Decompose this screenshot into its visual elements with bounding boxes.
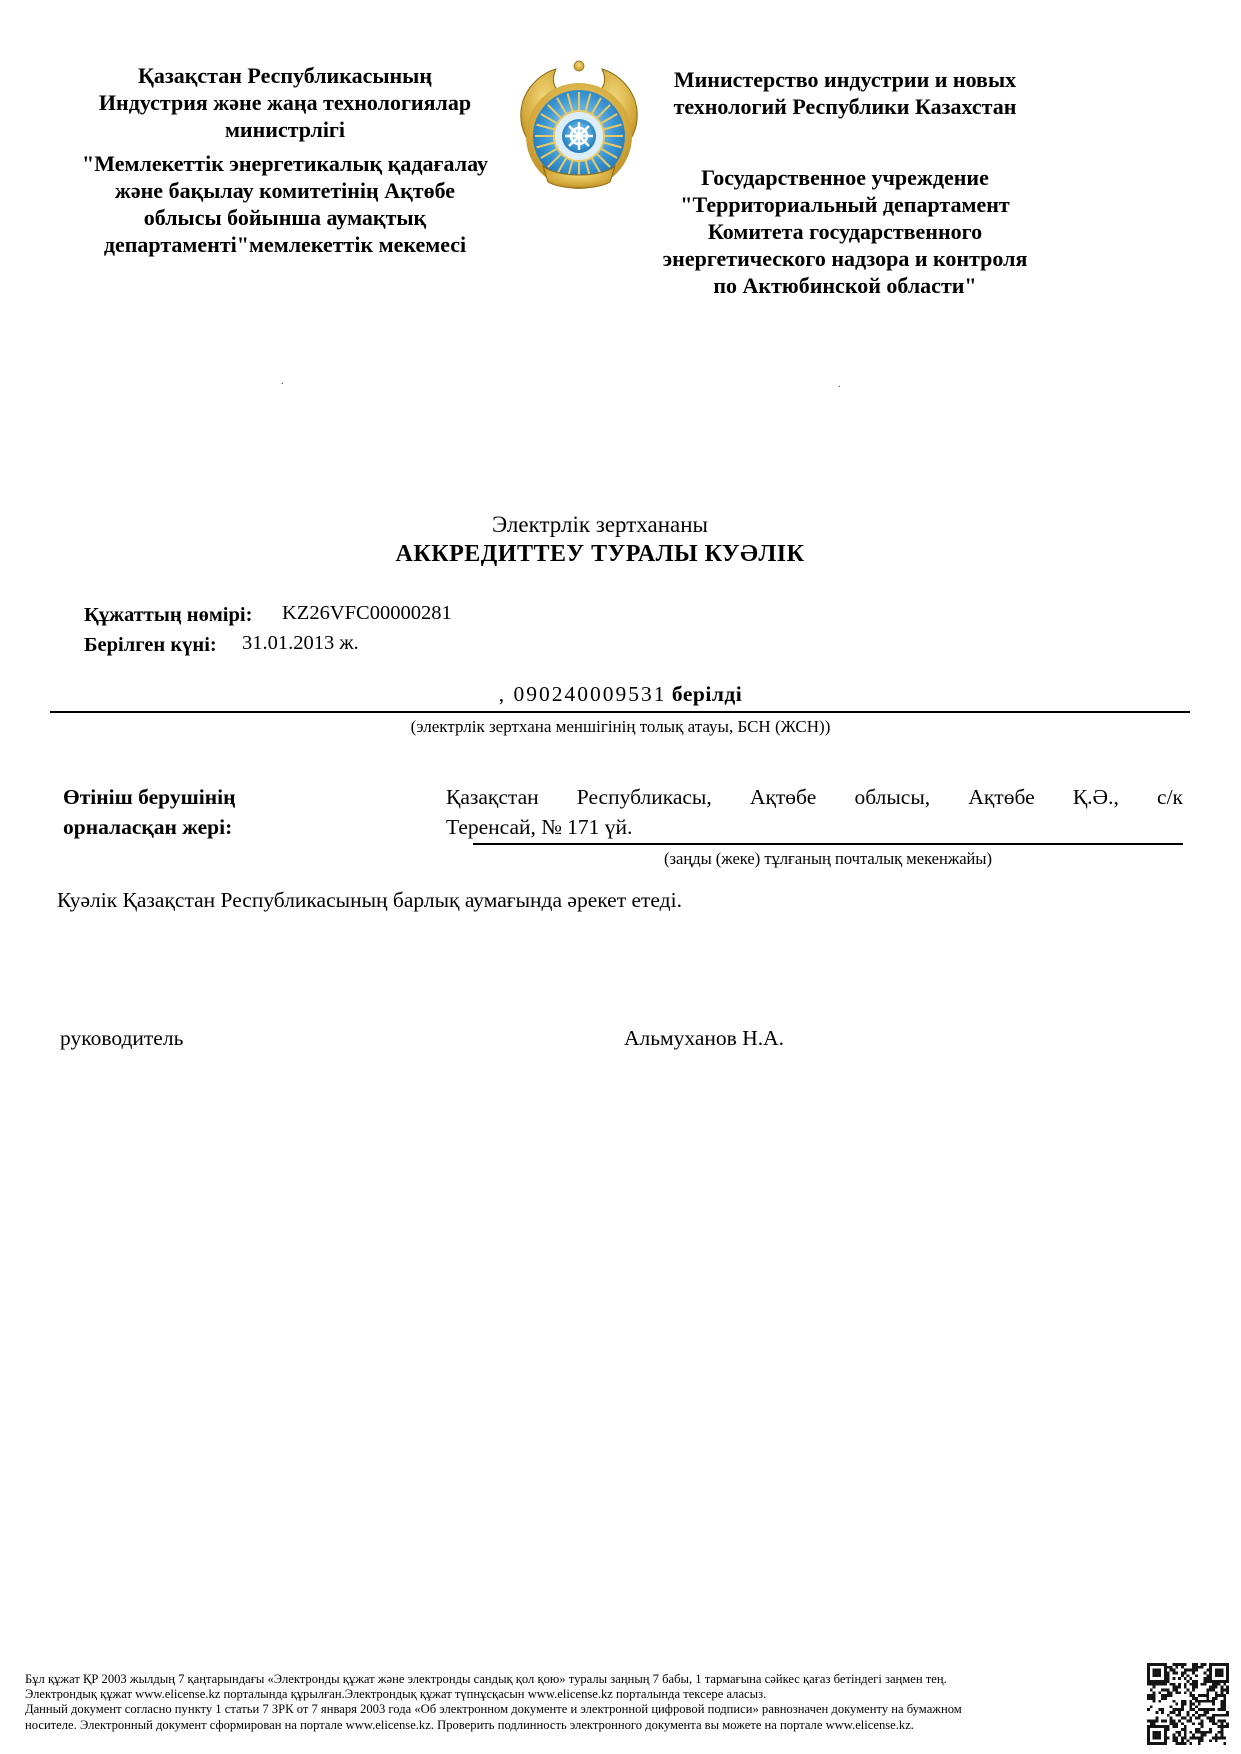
owner-bin-value: , 090240009531 [499, 682, 667, 706]
issue-date-label: Берілген күні: [84, 634, 217, 657]
applicant-location-label: Өтініш берушініңорналасқан жері: [63, 782, 383, 842]
issue-date-value: 31.01.2013 ж. [242, 632, 359, 655]
owner-line-caption: (электрлік зертхана меншігінің толық ата… [0, 717, 1241, 737]
applicant-address-caption: (заңды (жеке) тұлғаның почталық мекенжай… [473, 849, 1183, 869]
validity-statement: Куәлік Қазақстан Республикасының барлық … [57, 888, 1157, 913]
ministry-name-kk: Қазақстан РеспубликасыныңИндустрия және … [65, 62, 505, 143]
signatory-name: Альмуханов Н.А. [624, 1026, 784, 1051]
department-name-ru: Государственное учреждение"Территориальн… [645, 164, 1045, 299]
footer-line: Бұл құжат ҚР 2003 жылдың 7 қаңтарындағы … [25, 1672, 1143, 1687]
applicant-address-line2: Теренсай, № 171 үй. [446, 812, 1183, 842]
footer-line: Данный документ согласно пункту 1 статьи… [25, 1702, 1143, 1717]
certificate-subtitle: Электрлік зертхананы [0, 512, 1200, 538]
applicant-address-line1: Қазақстан Республикасы, Ақтөбе облысы, А… [446, 782, 1183, 812]
owner-bin-line: , 090240009531 берілді [0, 682, 1241, 707]
certificate-page: Қазақстан РеспубликасыныңИндустрия және … [0, 0, 1241, 1754]
footer-legal-text: Бұл құжат ҚР 2003 жылдың 7 қаңтарындағы … [25, 1672, 1143, 1733]
certificate-title: АККРЕДИТТЕУ ТУРАЛЫ КУӘЛІК [0, 541, 1200, 568]
header-right-russian: Министерство индустрии и новыхтехнологий… [645, 66, 1045, 306]
owner-bin-suffix: берілді [672, 682, 742, 706]
applicant-address-rule [473, 843, 1183, 845]
footer-line: носителе. Электронный документ сформиров… [25, 1718, 1143, 1733]
qr-code [1147, 1663, 1229, 1745]
document-number-value: KZ26VFC00000281 [282, 602, 452, 625]
stray-dot: . [281, 376, 284, 387]
document-number-label: Құжаттың нөмірі: [84, 604, 252, 627]
kazakhstan-emblem-icon [513, 56, 645, 202]
header-left-kazakh: Қазақстан РеспубликасыныңИндустрия және … [65, 62, 505, 265]
owner-line-rule [50, 711, 1190, 713]
ministry-name-ru: Министерство индустрии и новыхтехнологий… [645, 66, 1045, 120]
footer-line: Электрондық құжат www.elicense.kz портал… [25, 1687, 1143, 1702]
signatory-position: руководитель [60, 1026, 183, 1051]
stray-dot: . [838, 379, 841, 390]
applicant-address: Қазақстан Республикасы, Ақтөбе облысы, А… [446, 782, 1183, 842]
department-name-kk: "Мемлекеттік энергетикалық қадағалаужәне… [65, 150, 505, 258]
